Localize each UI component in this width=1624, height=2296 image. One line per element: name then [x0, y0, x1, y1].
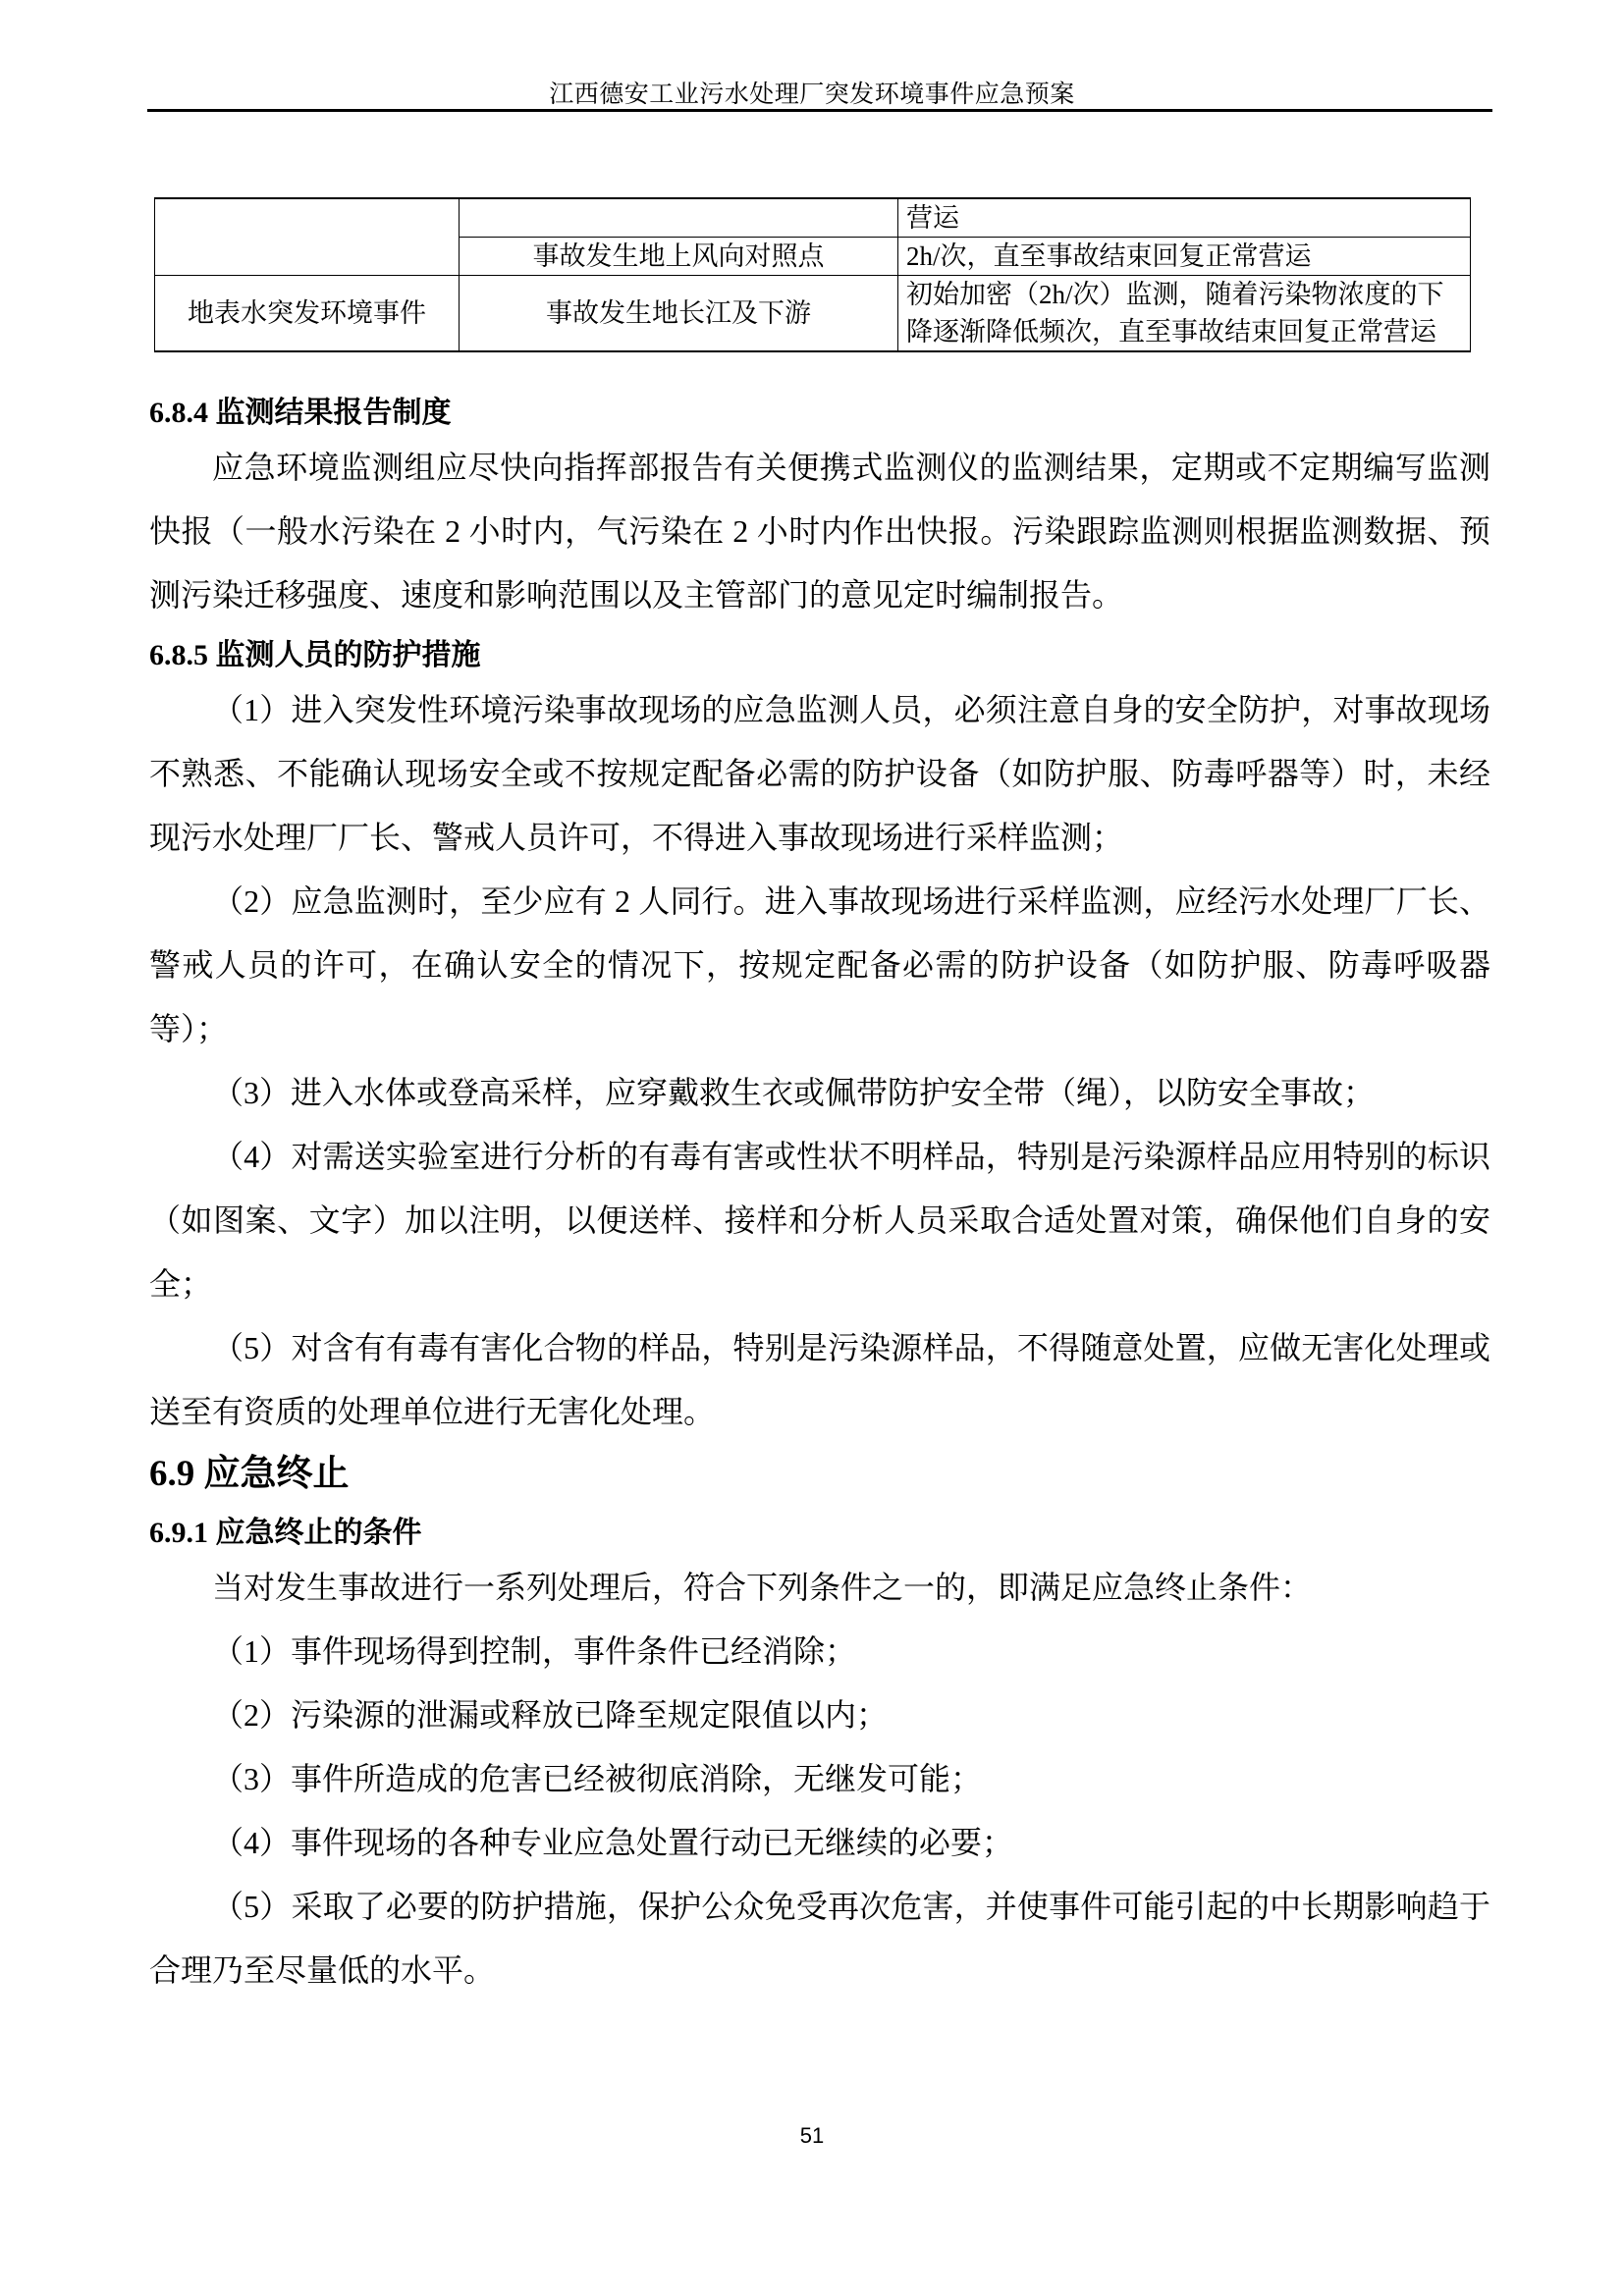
table-cell-event [155, 198, 460, 276]
section-heading-6-8-5: 6.8.5 监测人员的防护措施 [149, 633, 1490, 678]
table-cell-frequency: 营运 [898, 198, 1471, 238]
paragraph: （2）应急监测时，至少应有 2 人同行。进入事故现场进行采样监测，应经污水处理厂… [149, 870, 1490, 1061]
document-body: 6.8.4 监测结果报告制度 应急环境监测组应尽快向指挥部报告有关便携式监测仪的… [149, 391, 1490, 2002]
section-heading-6-9-1: 6.9.1 应急终止的条件 [149, 1511, 1490, 1556]
paragraph-intro: 当对发生事故进行一系列处理后，符合下列条件之一的，即满足应急终止条件： [149, 1556, 1490, 1620]
table-row: 地表水突发环境事件 事故发生地长江及下游 初始加密（2h/次）监测，随着污染物浓… [155, 276, 1471, 352]
page-number: 51 [0, 2123, 1624, 2149]
table-cell-location: 事故发生地长江及下游 [460, 276, 898, 352]
paragraph: 应急环境监测组应尽快向指挥部报告有关便携式监测仪的监测结果，定期或不定期编写监测… [149, 436, 1490, 627]
list-item: （2）污染源的泄漏或释放已降至规定限值以内； [149, 1683, 1490, 1747]
table-cell-frequency: 2h/次，直至事故结束回复正常营运 [898, 238, 1471, 276]
monitoring-table: 营运 事故发生地上风向对照点 2h/次，直至事故结束回复正常营运 地表水突发环境… [154, 197, 1471, 352]
paragraph: （5）对含有有毒有害化合物的样品，特别是污染源样品，不得随意处置，应做无害化处理… [149, 1316, 1490, 1444]
table-cell-event: 地表水突发环境事件 [155, 276, 460, 352]
list-item: （1）事件现场得到控制，事件条件已经消除； [149, 1620, 1490, 1683]
header-rule [147, 109, 1492, 112]
list-item: （4）事件现场的各种专业应急处置行动已无继续的必要； [149, 1811, 1490, 1875]
table-cell-location [460, 198, 898, 238]
table-cell-location: 事故发生地上风向对照点 [460, 238, 898, 276]
table-row: 营运 [155, 198, 1471, 238]
paragraph: （3）进入水体或登高采样，应穿戴救生衣或佩带防护安全带（绳），以防安全事故； [149, 1061, 1490, 1125]
list-item: （5）采取了必要的防护措施，保护公众免受再次危害，并使事件可能引起的中长期影响趋… [149, 1875, 1490, 2002]
paragraph: （4）对需送实验室进行分析的有毒有害或性状不明样品，特别是污染源样品应用特别的标… [149, 1125, 1490, 1316]
table-cell-frequency: 初始加密（2h/次）监测，随着污染物浓度的下降逐渐降低频次，直至事故结束回复正常… [898, 276, 1471, 352]
running-header-title: 江西德安工业污水处理厂突发环境事件应急预案 [0, 75, 1624, 110]
paragraph: （1）进入突发性环境污染事故现场的应急监测人员，必须注意自身的安全防护，对事故现… [149, 678, 1490, 870]
list-item: （3）事件所造成的危害已经被彻底消除，无继发可能； [149, 1747, 1490, 1811]
section-heading-6-8-4: 6.8.4 监测结果报告制度 [149, 391, 1490, 436]
section-heading-6-9: 6.9 应急终止 [149, 1450, 1490, 1499]
